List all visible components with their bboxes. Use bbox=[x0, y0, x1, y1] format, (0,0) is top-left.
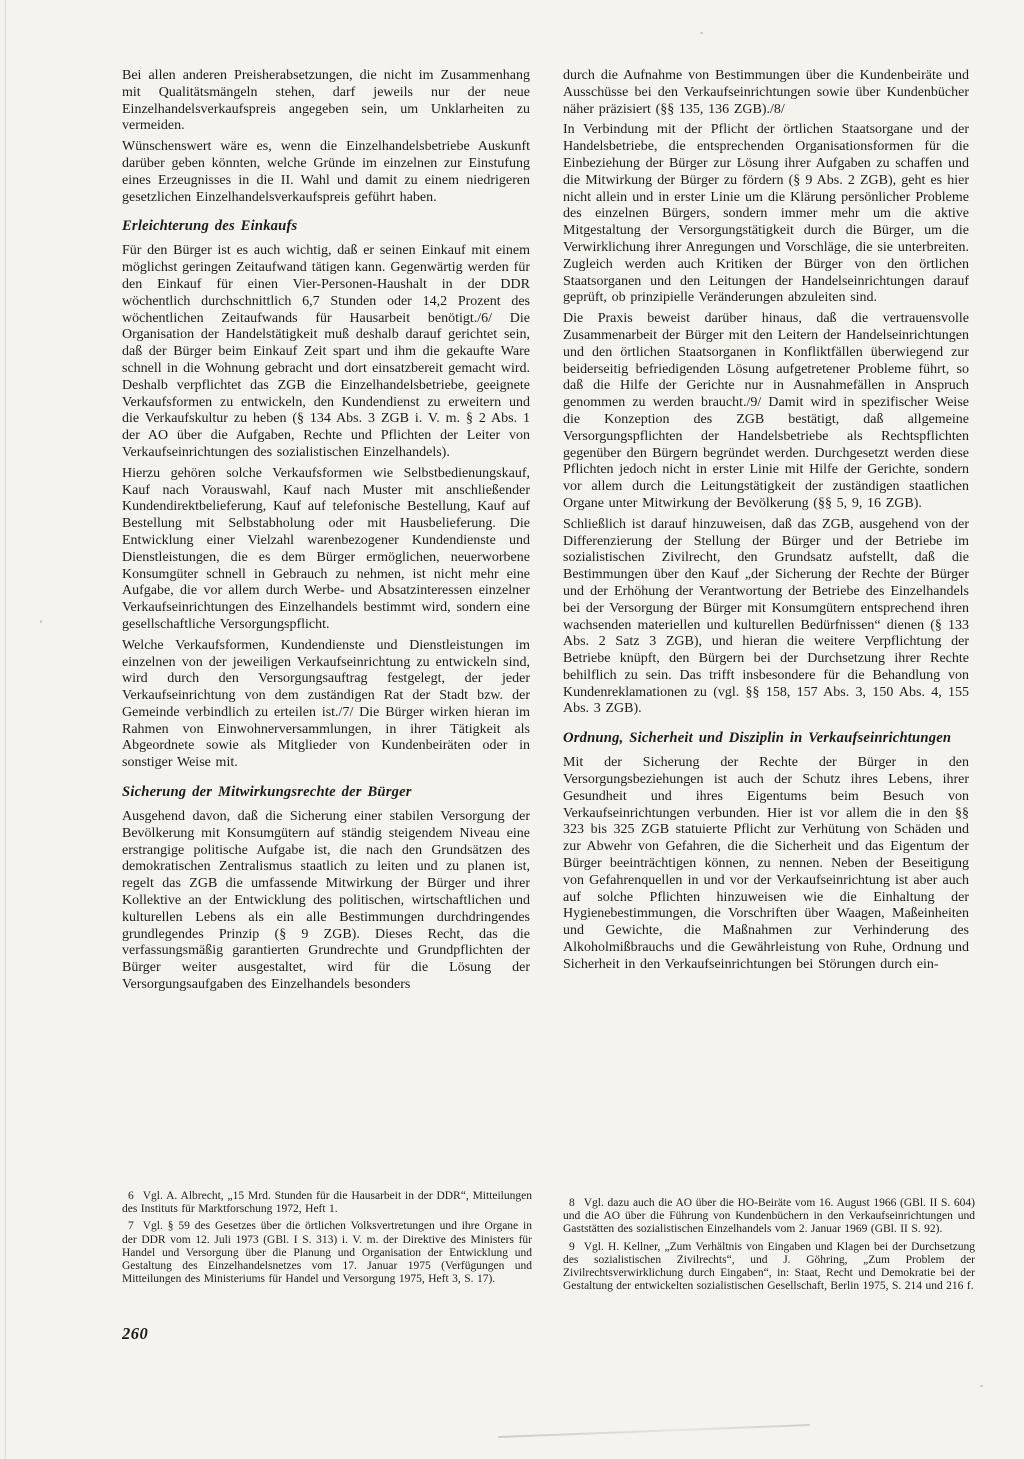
paragraph: Die Praxis beweist darüber hinaus, daß d… bbox=[563, 311, 969, 513]
footnote: 9Vgl. H. Kellner, „Zum Verhältnis von Ei… bbox=[563, 1241, 975, 1294]
paragraph: In Verbindung mit der Pflicht der örtlic… bbox=[563, 122, 969, 307]
right-footnotes: 8Vgl. dazu auch die AO über die HO-Beirä… bbox=[563, 1197, 975, 1297]
paragraph: Schließlich ist darauf hinzuweisen, daß … bbox=[563, 517, 969, 719]
footnote: 6Vgl. A. Albrecht, „15 Mrd. Stunden für … bbox=[122, 1190, 532, 1216]
paragraph: Welche Verkaufsformen, Kundendienste und… bbox=[122, 638, 530, 772]
left-footnotes: 6Vgl. A. Albrecht, „15 Mrd. Stunden für … bbox=[122, 1190, 532, 1290]
left-column: Bei allen anderen Preisherabsetzungen, d… bbox=[122, 68, 530, 998]
footnote-number: 7 bbox=[128, 1220, 143, 1232]
section-heading-ordnung-sicherheit-disziplin: Ordnung, Sicherheit und Disziplin in Ver… bbox=[563, 730, 969, 747]
section-heading-sicherung-der-mitwirkungsrechte: Sicherung der Mitwirkungsrechte der Bürg… bbox=[122, 784, 530, 801]
paragraph: Für den Bürger ist es auch wichtig, daß … bbox=[122, 243, 530, 461]
paragraph: Ausgehend davon, daß die Sicherung einer… bbox=[122, 809, 530, 994]
journal-page-scan: Bei allen anderen Preisherabsetzungen, d… bbox=[0, 0, 1024, 1459]
scan-speck-artifact bbox=[980, 1385, 983, 1387]
footnote-number: 9 bbox=[569, 1241, 584, 1253]
footnote: 7Vgl. § 59 des Gesetzes über die örtlich… bbox=[122, 1220, 532, 1286]
footnote-text: Vgl. § 59 des Gesetzes über die örtliche… bbox=[122, 1220, 532, 1285]
footnote: 8Vgl. dazu auch die AO über die HO-Beirä… bbox=[563, 1197, 975, 1237]
page-number: 260 bbox=[122, 1324, 148, 1344]
scan-scratch-artifact bbox=[498, 1424, 810, 1438]
footnote-text: Vgl. dazu auch die AO über die HO-Beirät… bbox=[563, 1197, 975, 1235]
paragraph: durch die Aufnahme von Bestimmungen über… bbox=[563, 68, 969, 118]
footnote-text: Vgl. A. Albrecht, „15 Mrd. Stunden für d… bbox=[122, 1190, 532, 1215]
footnote-number: 8 bbox=[569, 1197, 584, 1209]
paragraph: Bei allen anderen Preisherabsetzungen, d… bbox=[122, 68, 530, 135]
section-heading-erleichterung-des-einkaufs: Erleichterung des Einkaufs bbox=[122, 218, 530, 235]
scan-edge-artifact bbox=[5, 0, 6, 1459]
footnote-number: 6 bbox=[128, 1190, 143, 1202]
footnote-text: Vgl. H. Kellner, „Zum Verhältnis von Ein… bbox=[563, 1241, 975, 1293]
paragraph: Wünschenswert wäre es, wenn die Einzelha… bbox=[122, 139, 530, 206]
paragraph: Hierzu gehören solche Verkaufsformen wie… bbox=[122, 466, 530, 634]
scan-speck-artifact bbox=[700, 32, 703, 34]
scan-speck-artifact bbox=[40, 620, 42, 623]
paragraph: Mit der Sicherung der Rechte der Bürger … bbox=[563, 755, 969, 973]
right-column: durch die Aufnahme von Bestimmungen über… bbox=[563, 68, 969, 978]
